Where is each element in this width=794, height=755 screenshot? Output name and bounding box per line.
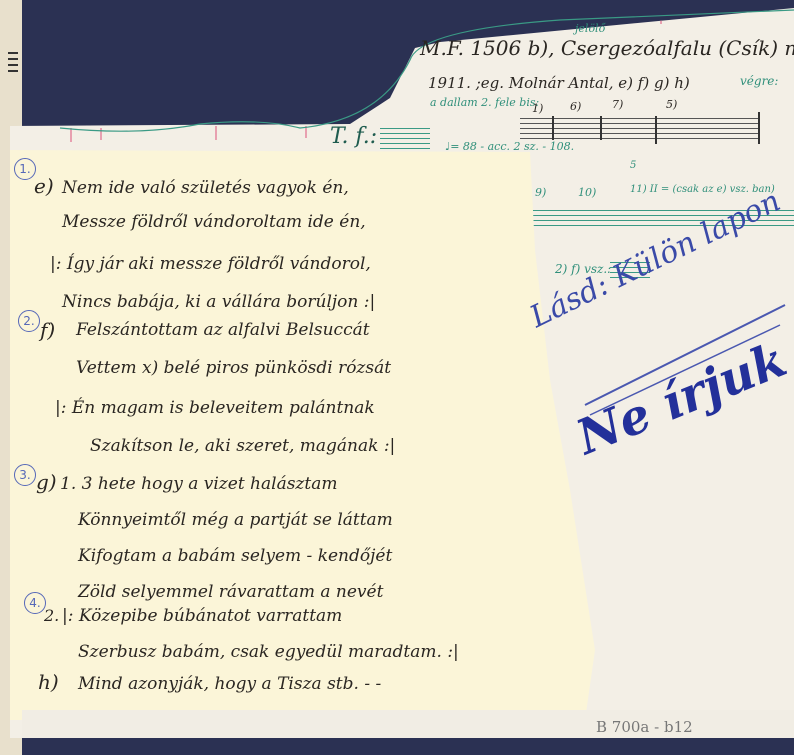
catalog-line: M.F. 1506 b), Csergezóalfalu (Csík) m, bbox=[420, 36, 794, 60]
verse-3-line-2: Könnyeimtől még a partját se láttam bbox=[78, 510, 393, 530]
lyrics-paper-slip bbox=[10, 150, 595, 720]
second-header-line: 1911. ;eg. Molnár Antal, e) f) g) h) bbox=[428, 74, 690, 92]
variant-number-10: 10) bbox=[578, 186, 596, 199]
verse-1-line-4: Nincs babája, ki a vállára borúljon :| bbox=[62, 292, 375, 312]
verse-4-line-1: |: Közepibe búbánatot varrattam bbox=[62, 606, 342, 626]
verse-3-line-3: Kifogtam a babám selyem - kendőjét bbox=[78, 546, 392, 566]
verse-4-line-2: Szerbusz babám, csak egyedül maradtam. :… bbox=[78, 642, 459, 662]
quintuplet-bracket: 5 bbox=[630, 160, 636, 171]
verse-2-line-4: Szakítson le, aki szeret, magának :| bbox=[90, 436, 395, 456]
verse-4-circle: 4. bbox=[24, 592, 46, 614]
verse-2-line-1: Felszántottam az alfalvi Belsuccát bbox=[76, 320, 370, 340]
verse-3-letter: g) bbox=[36, 470, 57, 494]
verse-1-letter: e) bbox=[34, 174, 54, 198]
verse-1-circle: 1. bbox=[14, 158, 36, 180]
verse-2-letter: f) bbox=[40, 318, 55, 342]
verse-1-line-1: Nem ide való születés vagyok én, bbox=[62, 178, 349, 198]
verse-2-line-3: |: Én magam is beleveitem palántnak bbox=[55, 398, 375, 418]
vegre-note: végre: bbox=[740, 74, 778, 88]
dallam-annotation: a dallam 2. fele bis: bbox=[430, 96, 539, 109]
verse-5-line-1: Mind azonyják, hogy a Tisza stb. - - bbox=[78, 674, 381, 694]
variant-number-6: 6) bbox=[570, 100, 581, 113]
variant-staff-upper bbox=[520, 118, 760, 143]
shelfmark: B 700a - b12 bbox=[596, 718, 693, 736]
verse-2-line-2: Vettem x) belé piros pünkösdi rózsát bbox=[76, 358, 391, 378]
verse-3-line-1: 1. 3 hete hogy a vizet halásztam bbox=[60, 474, 337, 494]
verse-4-number: 2. bbox=[44, 606, 59, 625]
verse-3-circle: 3. bbox=[14, 464, 36, 486]
variant-number-1: 1) bbox=[532, 102, 543, 115]
variant-number-9: 9) bbox=[535, 186, 546, 199]
verse-2-circle: 2. bbox=[18, 310, 40, 332]
tf-label: T. f.: bbox=[330, 124, 377, 149]
verse-1-line-2: Messze földről vándoroltam ide én, bbox=[62, 212, 366, 232]
variant-number-5: 5) bbox=[666, 98, 677, 111]
variant-number-7: 7) bbox=[612, 98, 623, 111]
verse-1-line-3: |: Így jár aki messze földről vándorol, bbox=[50, 254, 371, 274]
verse-3-line-4: Zöld selyemmel rávarattam a nevét bbox=[78, 582, 383, 602]
jelolo-note: jelölő bbox=[575, 22, 605, 35]
tf-staff bbox=[380, 128, 430, 153]
verse-5-letter: h) bbox=[38, 670, 59, 694]
